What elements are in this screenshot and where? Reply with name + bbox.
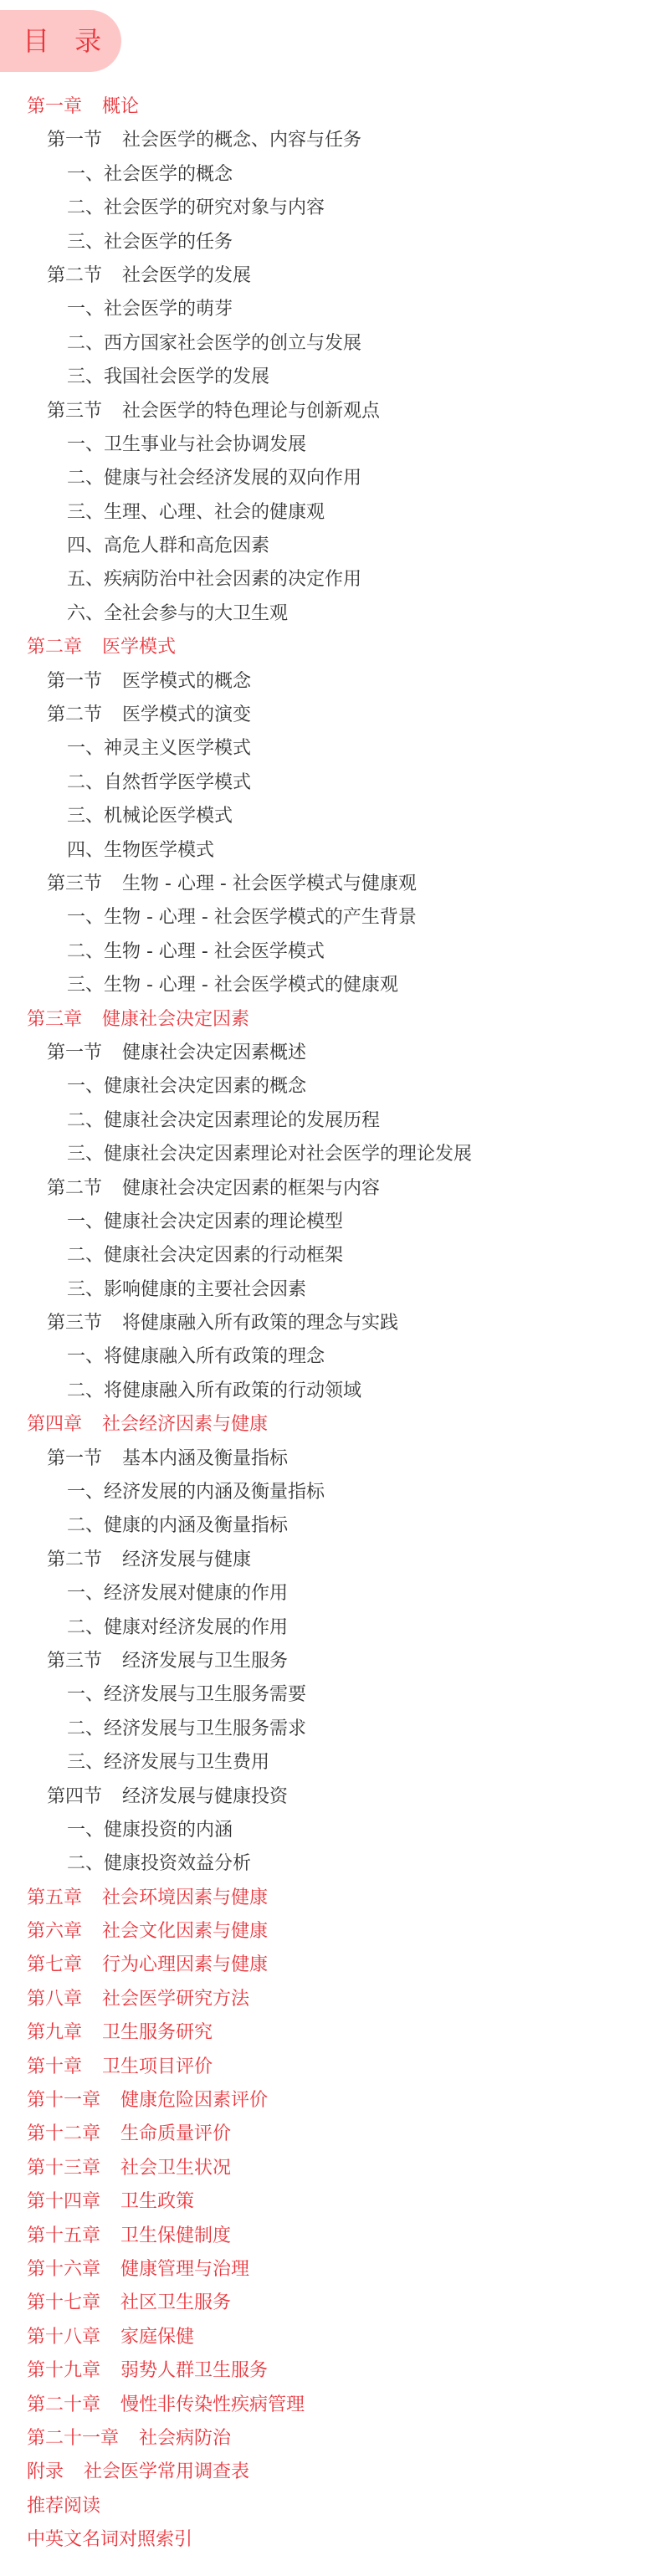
toc-number: 第二节 <box>47 704 102 725</box>
toc-chapter[interactable]: 第八章社会医学研究方法 <box>0 1983 661 2016</box>
toc-title: 家庭保健 <box>120 2327 194 2348</box>
toc-title: 社会文化因素与健康 <box>102 1921 268 1942</box>
toc-item-text: 一、经济发展的内涵及衡量指标 <box>67 1482 325 1503</box>
toc-title: 社会经济因素与健康 <box>102 1414 268 1435</box>
toc-title: 社会环境因素与健康 <box>102 1887 268 1908</box>
toc-link[interactable]: 第二节社会医学的发展 <box>47 265 251 286</box>
toc-number: 第五章 <box>27 1887 82 1908</box>
toc-item-text: 二、生物 - 心理 - 社会医学模式 <box>67 941 325 962</box>
toc-item[interactable]: 一、社会医学的概念 <box>0 158 661 192</box>
toc-link[interactable]: 第十四章卫生政策 <box>27 2191 194 2212</box>
toc-link[interactable]: 二、西方国家社会医学的创立与发展 <box>67 333 361 354</box>
toc-link[interactable]: 第一章概论 <box>27 96 139 117</box>
toc-title: 基本内涵及衡量指标 <box>122 1448 288 1469</box>
toc-item[interactable]: 二、将健康融入所有政策的行动领域 <box>0 1375 661 1408</box>
toc-number: 第一章 <box>27 96 82 117</box>
toc-section[interactable]: 第二节医学模式的演变 <box>0 699 661 732</box>
toc-title: 弱势人群卫生服务 <box>120 2360 268 2381</box>
toc-section[interactable]: 第一节健康社会决定因素概述 <box>0 1037 661 1070</box>
toc-chapter[interactable]: 第十七章社区卫生服务 <box>0 2287 661 2320</box>
toc-chapter[interactable]: 第十五章卫生保健制度 <box>0 2220 661 2253</box>
toc-section[interactable]: 第一节社会医学的概念、内容与任务 <box>0 124 661 157</box>
toc-item-text: 一、将健康融入所有政策的理念 <box>67 1346 325 1367</box>
toc-number: 第六章 <box>27 1921 82 1942</box>
toc-number: 第八章 <box>27 1989 82 2010</box>
toc-link[interactable]: 第十三章社会卫生状况 <box>27 2158 231 2179</box>
toc-link[interactable]: 三、机械论医学模式 <box>67 806 233 827</box>
toc-item-text: 六、全社会参与的大卫生观 <box>67 603 288 624</box>
toc-link[interactable]: 第四节经济发展与健康投资 <box>47 1786 288 1807</box>
toc-chapter[interactable]: 第一章概论 <box>0 90 661 124</box>
toc-item-text: 一、健康社会决定因素的理论模型 <box>67 1211 343 1232</box>
toc-item-text: 二、健康社会决定因素的行动框架 <box>67 1245 343 1266</box>
toc-section[interactable]: 第二节健康社会决定因素的框架与内容 <box>0 1172 661 1206</box>
toc-chapter[interactable]: 第十八章家庭保健 <box>0 2321 661 2354</box>
toc-number: 第十六章 <box>27 2259 100 2280</box>
toc-link[interactable]: 第三节生物 - 心理 - 社会医学模式与健康观 <box>47 873 417 894</box>
toc-item-text: 一、健康社会决定因素的概念 <box>67 1076 306 1097</box>
toc-chapter[interactable]: 第二章医学模式 <box>0 631 661 664</box>
toc-link[interactable]: 三、经济发展与卫生费用 <box>67 1752 269 1773</box>
toc-number: 第十一章 <box>27 2090 100 2111</box>
toc-item-text: 三、经济发展与卫生费用 <box>67 1752 269 1773</box>
toc-number: 第二节 <box>47 1549 102 1570</box>
toc-item[interactable]: 六、全社会参与的大卫生观 <box>0 597 661 631</box>
toc-chapter[interactable]: 推荐阅读 <box>0 2490 661 2523</box>
toc-header: 目 录 <box>0 10 121 72</box>
toc-link[interactable]: 二、将健康融入所有政策的行动领域 <box>67 1380 361 1401</box>
toc-section[interactable]: 第二节社会医学的发展 <box>0 259 661 293</box>
toc-section[interactable]: 第三节经济发展与卫生服务 <box>0 1645 661 1678</box>
toc-link[interactable]: 二、健康与社会经济发展的双向作用 <box>67 468 361 489</box>
toc-item[interactable]: 一、经济发展与卫生服务需要 <box>0 1678 661 1712</box>
toc-link[interactable]: 附录社会医学常用调查表 <box>27 2461 249 2482</box>
toc-title: 经济发展与健康 <box>122 1549 251 1570</box>
toc-number: 第三节 <box>47 401 102 422</box>
toc-link[interactable]: 第一节健康社会决定因素概述 <box>47 1042 306 1063</box>
toc-item-text: 一、经济发展对健康的作用 <box>67 1583 288 1604</box>
toc-item-text: 一、社会医学的概念 <box>67 164 233 185</box>
toc-number: 第三节 <box>47 1313 102 1334</box>
toc-item[interactable]: 二、西方国家社会医学的创立与发展 <box>0 327 661 361</box>
toc-link[interactable]: 第一节医学模式的概念 <box>47 671 251 692</box>
toc-link[interactable]: 第十八章家庭保健 <box>27 2327 194 2348</box>
toc-link[interactable]: 三、影响健康的主要社会因素 <box>67 1279 306 1300</box>
toc-title: 健康管理与治理 <box>120 2259 249 2280</box>
toc-number: 第三节 <box>47 873 102 894</box>
toc-title: 医学模式的概念 <box>122 671 251 692</box>
toc-chapter[interactable]: 附录社会医学常用调查表 <box>0 2456 661 2489</box>
toc-link[interactable]: 第五章社会环境因素与健康 <box>27 1887 268 1908</box>
toc-title: 经济发展与卫生服务 <box>122 1651 288 1672</box>
toc-number: 第十八章 <box>27 2327 100 2348</box>
toc-link[interactable]: 一、健康社会决定因素的理论模型 <box>67 1211 343 1232</box>
toc-item-text: 三、社会医学的任务 <box>67 232 233 253</box>
toc-item-text: 一、生物 - 心理 - 社会医学模式的产生背景 <box>67 907 417 928</box>
toc-item-text: 一、卫生事业与社会协调发展 <box>67 434 306 455</box>
toc-link[interactable]: 五、疾病防治中社会因素的决定作用 <box>67 569 361 590</box>
toc-link[interactable]: 第二节医学模式的演变 <box>47 704 251 725</box>
toc-number: 第一节 <box>47 671 102 692</box>
toc-link[interactable]: 二、健康投资效益分析 <box>67 1853 251 1874</box>
toc-number: 第二十章 <box>27 2394 100 2415</box>
toc-number: 第十七章 <box>27 2292 100 2313</box>
toc-item-text: 三、我国社会医学的发展 <box>67 366 269 387</box>
toc-item-text: 四、高危人群和高危因素 <box>67 535 269 556</box>
toc-number: 第四节 <box>47 1786 102 1807</box>
toc-link[interactable]: 二、自然哲学医学模式 <box>67 772 251 793</box>
toc-title: 将健康融入所有政策的理念与实践 <box>122 1313 398 1334</box>
toc-link[interactable]: 二、健康社会决定因素的行动框架 <box>67 1245 343 1266</box>
toc-link[interactable]: 第三节社会医学的特色理论与创新观点 <box>47 401 380 422</box>
toc-item[interactable]: 二、健康对经济发展的作用 <box>0 1611 661 1645</box>
toc-section[interactable]: 第三节生物 - 心理 - 社会医学模式与健康观 <box>0 868 661 901</box>
toc-link[interactable]: 一、健康投资的内涵 <box>67 1820 233 1841</box>
toc-number: 第十九章 <box>27 2360 100 2381</box>
toc-number: 第四章 <box>27 1414 82 1435</box>
toc-link[interactable]: 三、生理、心理、社会的健康观 <box>67 502 325 523</box>
toc-number: 第二节 <box>47 265 102 286</box>
toc-chapter[interactable]: 第十三章社会卫生状况 <box>0 2152 661 2185</box>
toc-chapter[interactable]: 第十一章健康危险因素评价 <box>0 2084 661 2118</box>
toc-link[interactable]: 第八章社会医学研究方法 <box>27 1989 249 2010</box>
toc-link[interactable]: 二、健康的内涵及衡量指标 <box>67 1515 288 1536</box>
toc-item-text: 二、将健康融入所有政策的行动领域 <box>67 1380 361 1401</box>
toc-item[interactable]: 三、健康社会决定因素理论对社会医学的理论发展 <box>0 1138 661 1171</box>
toc-item[interactable]: 一、神灵主义医学模式 <box>0 732 661 766</box>
toc-title: 卫生服务研究 <box>102 2022 213 2043</box>
toc-item[interactable]: 二、健康的内涵及衡量指标 <box>0 1509 661 1543</box>
toc-item[interactable]: 三、影响健康的主要社会因素 <box>0 1273 661 1307</box>
toc-chapter[interactable]: 第五章社会环境因素与健康 <box>0 1882 661 1915</box>
toc-item[interactable]: 二、社会医学的研究对象与内容 <box>0 192 661 225</box>
toc-link[interactable]: 一、经济发展与卫生服务需要 <box>67 1684 306 1705</box>
toc-chapter[interactable]: 第六章社会文化因素与健康 <box>0 1915 661 1949</box>
toc-link[interactable]: 第十五章卫生保健制度 <box>27 2225 231 2246</box>
toc-link[interactable]: 一、卫生事业与社会协调发展 <box>67 434 306 455</box>
toc-item[interactable]: 三、生物 - 心理 - 社会医学模式的健康观 <box>0 969 661 1002</box>
toc-link[interactable]: 三、社会医学的任务 <box>67 232 233 253</box>
toc-chapter[interactable]: 第十四章卫生政策 <box>0 2185 661 2219</box>
toc-number: 第一节 <box>47 1448 102 1469</box>
toc-number: 第十章 <box>27 2056 82 2077</box>
toc-link[interactable]: 一、神灵主义医学模式 <box>67 738 251 759</box>
toc-number: 第九章 <box>27 2022 82 2043</box>
toc-chapter[interactable]: 第七章行为心理因素与健康 <box>0 1949 661 1982</box>
toc-link[interactable]: 第三节将健康融入所有政策的理念与实践 <box>47 1313 398 1334</box>
toc-item-text: 二、西方国家社会医学的创立与发展 <box>67 333 361 354</box>
toc-item[interactable]: 一、健康社会决定因素的理论模型 <box>0 1206 661 1239</box>
toc-chapter[interactable]: 第十章卫生项目评价 <box>0 2051 661 2084</box>
toc-link[interactable]: 二、健康对经济发展的作用 <box>67 1617 288 1638</box>
toc-number: 第二章 <box>27 637 82 658</box>
toc-chapter[interactable]: 第十九章弱势人群卫生服务 <box>0 2354 661 2388</box>
toc-title: 行为心理因素与健康 <box>102 1954 268 1975</box>
toc-title: 社会医学的概念、内容与任务 <box>122 130 361 151</box>
toc-item[interactable]: 一、将健康融入所有政策的理念 <box>0 1340 661 1374</box>
toc-title: 卫生政策 <box>120 2191 194 2212</box>
toc-section[interactable]: 第三节社会医学的特色理论与创新观点 <box>0 395 661 428</box>
toc-number: 第十四章 <box>27 2191 100 2212</box>
toc-link[interactable]: 第一节社会医学的概念、内容与任务 <box>47 130 361 151</box>
toc-number: 第三节 <box>47 1651 102 1672</box>
toc-link[interactable]: 六、全社会参与的大卫生观 <box>67 603 288 624</box>
toc-item[interactable]: 三、机械论医学模式 <box>0 800 661 833</box>
toc-link[interactable]: 第十七章社区卫生服务 <box>27 2292 231 2313</box>
toc-section[interactable]: 第二节经济发展与健康 <box>0 1544 661 1577</box>
toc-link[interactable]: 二、社会医学的研究对象与内容 <box>67 197 325 218</box>
toc-link[interactable]: 一、经济发展对健康的作用 <box>67 1583 288 1604</box>
toc-item-text: 二、健康的内涵及衡量指标 <box>67 1515 288 1536</box>
toc-link[interactable]: 一、经济发展的内涵及衡量指标 <box>67 1482 325 1503</box>
toc-link[interactable]: 第三章健康社会决定因素 <box>27 1009 249 1030</box>
toc-item-text: 三、影响健康的主要社会因素 <box>67 1279 306 1300</box>
toc-item[interactable]: 二、自然哲学医学模式 <box>0 766 661 800</box>
toc-number: 第十三章 <box>27 2158 100 2179</box>
toc-title: 健康社会决定因素的框架与内容 <box>122 1178 380 1199</box>
toc-link[interactable]: 第十章卫生项目评价 <box>27 2056 213 2077</box>
toc-number: 第七章 <box>27 1954 82 1975</box>
toc-link[interactable]: 一、社会医学的概念 <box>67 164 233 185</box>
toc-title: 健康危险因素评价 <box>120 2090 268 2111</box>
toc-link[interactable]: 三、我国社会医学的发展 <box>67 366 269 387</box>
toc-item[interactable]: 三、经济发展与卫生费用 <box>0 1746 661 1780</box>
toc-link[interactable]: 第三节经济发展与卫生服务 <box>47 1651 288 1672</box>
toc-number: 第一节 <box>47 1042 102 1063</box>
toc-title: 社会病防治 <box>139 2428 231 2449</box>
toc-link[interactable]: 第六章社会文化因素与健康 <box>27 1921 268 1942</box>
toc-link[interactable]: 中英文名词对照索引 <box>27 2529 192 2550</box>
toc-link[interactable]: 第二节健康社会决定因素的框架与内容 <box>47 1178 380 1199</box>
toc-link[interactable]: 第十一章健康危险因素评价 <box>27 2090 268 2111</box>
toc-link[interactable]: 推荐阅读 <box>27 2496 100 2517</box>
toc-section[interactable]: 第一节医学模式的概念 <box>0 665 661 699</box>
toc-number: 第十五章 <box>27 2225 100 2246</box>
toc-item-text: 二、健康与社会经济发展的双向作用 <box>67 468 361 489</box>
toc-section[interactable]: 第一节基本内涵及衡量指标 <box>0 1442 661 1476</box>
toc-title: 社会医学的特色理论与创新观点 <box>122 401 380 422</box>
toc-item[interactable]: 四、高危人群和高危因素 <box>0 530 661 563</box>
toc-link[interactable]: 四、高危人群和高危因素 <box>67 535 269 556</box>
toc-list: 第一章概论第一节社会医学的概念、内容与任务一、社会医学的概念二、社会医学的研究对… <box>0 90 661 2558</box>
toc-title: 中英文名词对照索引 <box>27 2529 192 2550</box>
toc-chapter[interactable]: 中英文名词对照索引 <box>0 2523 661 2557</box>
toc-link[interactable]: 第二十一章社会病防治 <box>27 2428 231 2449</box>
toc-item[interactable]: 一、经济发展对健康的作用 <box>0 1577 661 1611</box>
toc-item-text: 一、健康投资的内涵 <box>67 1820 233 1841</box>
toc-item[interactable]: 三、生理、心理、社会的健康观 <box>0 496 661 530</box>
toc-item[interactable]: 三、我国社会医学的发展 <box>0 361 661 394</box>
toc-item[interactable]: 二、健康社会决定因素的行动框架 <box>0 1239 661 1273</box>
toc-section[interactable]: 第三节将健康融入所有政策的理念与实践 <box>0 1307 661 1340</box>
toc-link[interactable]: 三、健康社会决定因素理论对社会医学的理论发展 <box>67 1144 472 1165</box>
toc-number: 第一节 <box>47 130 102 151</box>
toc-title: 社区卫生服务 <box>120 2292 231 2313</box>
toc-title: 健康社会决定因素概述 <box>122 1042 306 1063</box>
toc-link[interactable]: 第九章卫生服务研究 <box>27 2022 213 2043</box>
toc-item-text: 三、健康社会决定因素理论对社会医学的理论发展 <box>67 1144 472 1165</box>
toc-item-text: 二、健康对经济发展的作用 <box>67 1617 288 1638</box>
toc-item-text: 五、疾病防治中社会因素的决定作用 <box>67 569 361 590</box>
toc-item-text: 二、经济发展与卫生服务需求 <box>67 1718 306 1739</box>
toc-title: 社会医学的发展 <box>122 265 251 286</box>
toc-link[interactable]: 第十二章生命质量评价 <box>27 2123 231 2144</box>
toc-link[interactable]: 第四章社会经济因素与健康 <box>27 1414 268 1435</box>
toc-link[interactable]: 第十九章弱势人群卫生服务 <box>27 2360 268 2381</box>
toc-number: 附录 <box>27 2461 64 2482</box>
toc-title: 医学模式的演变 <box>122 704 251 725</box>
toc-title: 社会医学研究方法 <box>102 1989 249 2010</box>
toc-number: 第三章 <box>27 1009 82 1030</box>
toc-item[interactable]: 二、生物 - 心理 - 社会医学模式 <box>0 935 661 969</box>
toc-item[interactable]: 四、生物医学模式 <box>0 834 661 868</box>
toc-link[interactable]: 二、生物 - 心理 - 社会医学模式 <box>67 941 325 962</box>
toc-title: 健康社会决定因素 <box>102 1009 249 1030</box>
toc-item[interactable]: 一、健康投资的内涵 <box>0 1814 661 1847</box>
toc-link[interactable]: 一、健康社会决定因素的概念 <box>67 1076 306 1097</box>
toc-link[interactable]: 二、经济发展与卫生服务需求 <box>67 1718 306 1739</box>
toc-item-text: 二、自然哲学医学模式 <box>67 772 251 793</box>
toc-item-text: 一、神灵主义医学模式 <box>67 738 251 759</box>
toc-link[interactable]: 一、社会医学的萌芽 <box>67 299 233 320</box>
toc-link[interactable]: 第二章医学模式 <box>27 637 176 658</box>
toc-link[interactable]: 一、生物 - 心理 - 社会医学模式的产生背景 <box>67 907 417 928</box>
toc-link[interactable]: 第二节经济发展与健康 <box>47 1549 251 1570</box>
toc-item-text: 一、社会医学的萌芽 <box>67 299 233 320</box>
toc-item-text: 一、经济发展与卫生服务需要 <box>67 1684 306 1705</box>
page-title: 目 录 <box>23 22 110 60</box>
toc-chapter[interactable]: 第十二章生命质量评价 <box>0 2118 661 2151</box>
toc-item[interactable]: 二、健康社会决定因素理论的发展历程 <box>0 1104 661 1138</box>
toc-link[interactable]: 四、生物医学模式 <box>67 840 214 861</box>
toc-item[interactable]: 一、社会医学的萌芽 <box>0 293 661 326</box>
toc-title: 慢性非传染性疾病管理 <box>120 2394 305 2415</box>
toc-item[interactable]: 二、经济发展与卫生服务需求 <box>0 1713 661 1746</box>
toc-chapter[interactable]: 第二十一章社会病防治 <box>0 2422 661 2456</box>
toc-title: 医学模式 <box>102 637 176 658</box>
toc-title: 社会医学常用调查表 <box>84 2461 249 2482</box>
toc-item-text: 三、生物 - 心理 - 社会医学模式的健康观 <box>67 975 398 996</box>
toc-link[interactable]: 一、将健康融入所有政策的理念 <box>67 1346 325 1367</box>
toc-item[interactable]: 五、疾病防治中社会因素的决定作用 <box>0 563 661 597</box>
toc-title: 社会卫生状况 <box>120 2158 231 2179</box>
toc-chapter[interactable]: 第三章健康社会决定因素 <box>0 1003 661 1037</box>
toc-link[interactable]: 二、健康社会决定因素理论的发展历程 <box>67 1110 380 1131</box>
toc-number: 第二节 <box>47 1178 102 1199</box>
toc-title: 卫生项目评价 <box>102 2056 213 2077</box>
toc-item-text: 三、生理、心理、社会的健康观 <box>67 502 325 523</box>
toc-chapter[interactable]: 第二十章慢性非传染性疾病管理 <box>0 2389 661 2422</box>
toc-item-text: 二、社会医学的研究对象与内容 <box>67 197 325 218</box>
toc-section[interactable]: 第四节经济发展与健康投资 <box>0 1780 661 1814</box>
toc-title: 生命质量评价 <box>120 2123 231 2144</box>
toc-item[interactable]: 二、健康投资效益分析 <box>0 1847 661 1881</box>
toc-item[interactable]: 三、社会医学的任务 <box>0 226 661 259</box>
toc-title: 概论 <box>102 96 139 117</box>
toc-item-text: 二、健康投资效益分析 <box>67 1853 251 1874</box>
toc-chapter[interactable]: 第九章卫生服务研究 <box>0 2016 661 2050</box>
toc-item-text: 四、生物医学模式 <box>67 840 214 861</box>
toc-item[interactable]: 一、经济发展的内涵及衡量指标 <box>0 1476 661 1509</box>
toc-item[interactable]: 一、健康社会决定因素的概念 <box>0 1070 661 1104</box>
toc-link[interactable]: 第一节基本内涵及衡量指标 <box>47 1448 288 1469</box>
toc-title: 生物 - 心理 - 社会医学模式与健康观 <box>122 873 417 894</box>
toc-item[interactable]: 一、生物 - 心理 - 社会医学模式的产生背景 <box>0 901 661 935</box>
toc-title: 经济发展与健康投资 <box>122 1786 288 1807</box>
toc-item[interactable]: 一、卫生事业与社会协调发展 <box>0 428 661 462</box>
toc-item[interactable]: 二、健康与社会经济发展的双向作用 <box>0 462 661 495</box>
toc-title: 卫生保健制度 <box>120 2225 231 2246</box>
toc-link[interactable]: 三、生物 - 心理 - 社会医学模式的健康观 <box>67 975 398 996</box>
toc-link[interactable]: 第二十章慢性非传染性疾病管理 <box>27 2394 305 2415</box>
toc-item-text: 三、机械论医学模式 <box>67 806 233 827</box>
toc-number: 第十二章 <box>27 2123 100 2144</box>
toc-link[interactable]: 第七章行为心理因素与健康 <box>27 1954 268 1975</box>
toc-link[interactable]: 第十六章健康管理与治理 <box>27 2259 249 2280</box>
toc-chapter[interactable]: 第十六章健康管理与治理 <box>0 2253 661 2287</box>
toc-item-text: 二、健康社会决定因素理论的发展历程 <box>67 1110 380 1131</box>
toc-title: 推荐阅读 <box>27 2496 100 2517</box>
toc-chapter[interactable]: 第四章社会经济因素与健康 <box>0 1408 661 1442</box>
toc-number: 第二十一章 <box>27 2428 119 2449</box>
